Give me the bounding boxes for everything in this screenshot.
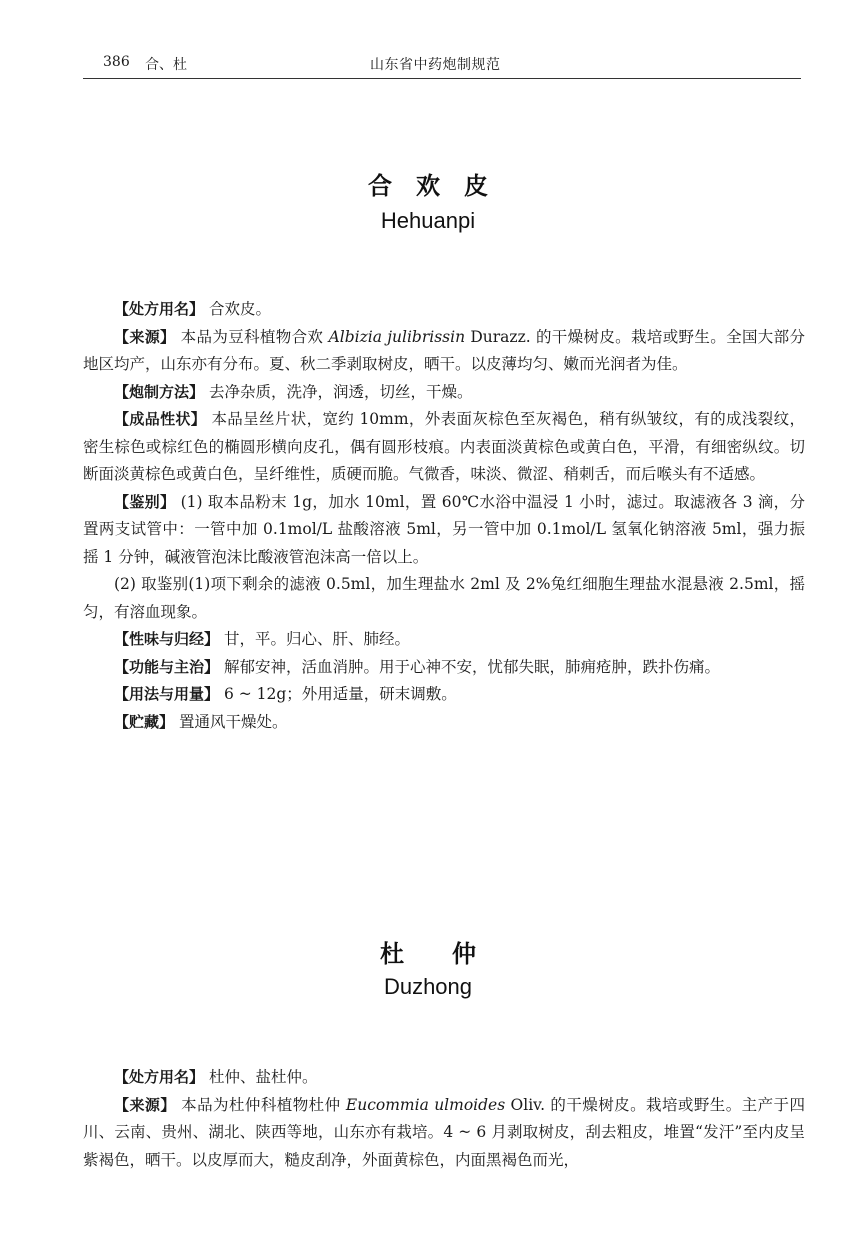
entry-pinyin-duzhong: Duzhong <box>0 974 856 1000</box>
entry-body-hehuanpi: 【处方用名】 合欢皮。 【来源】 本品为豆科植物合欢 Albizia julib… <box>83 296 805 736</box>
book-title: 山东省中药炮制规范 <box>370 54 501 74</box>
paragraph-source: 【来源】 本品为杜仲科植物杜仲 Eucommia ulmoides Oliv. … <box>83 1092 805 1175</box>
paragraph-functions: 【功能与主治】 解郁安神，活血消肿。用于心神不安，忧郁失眠，肺痈疮肿，跌扑伤痛。 <box>83 654 805 682</box>
entry-body-duzhong: 【处方用名】 杜仲、盐杜仲。 【来源】 本品为杜仲科植物杜仲 Eucommia … <box>83 1064 805 1174</box>
latin-name: Albizia julibrissin <box>329 328 466 346</box>
running-header: 386 合、杜 山东省中药炮制规范 <box>83 52 801 79</box>
paragraph-processing-method: 【炮制方法】 去净杂质，洗净，润透，切丝，干燥。 <box>83 379 805 407</box>
page-number: 386 <box>103 54 130 70</box>
paragraph-product-characteristics: 【成品性状】 本品呈丝片状，宽约 10mm，外表面灰棕色至灰褐色，稍有纵皱纹，有… <box>83 406 805 489</box>
paragraph-identification-2: (2) 取鉴别(1)项下剩余的滤液 0.5ml，加生理盐水 2ml 及 2%兔红… <box>83 571 805 626</box>
paragraph-identification-1: 【鉴别】 (1) 取本品粉末 1g，加水 10ml，置 60℃水浴中温浸 1 小… <box>83 489 805 572</box>
section-label: 合、杜 <box>145 54 187 74</box>
paragraph-source: 【来源】 本品为豆科植物合欢 Albizia julibrissin Duraz… <box>83 324 805 379</box>
paragraph-prescription-name: 【处方用名】 杜仲、盐杜仲。 <box>83 1064 805 1092</box>
latin-name: Eucommia ulmoides <box>346 1096 505 1114</box>
paragraph-prescription-name: 【处方用名】 合欢皮。 <box>83 296 805 324</box>
document-page: 386 合、杜 山东省中药炮制规范 合 欢 皮 Hehuanpi 【处方用名】 … <box>0 0 856 1239</box>
entry-title-duzhong: 杜 仲 <box>0 934 856 969</box>
entry-title-hehuanpi: 合 欢 皮 <box>0 166 856 201</box>
paragraph-storage: 【贮藏】 置通风干燥处。 <box>83 709 805 737</box>
paragraph-nature-meridian: 【性味与归经】 甘，平。归心、肝、肺经。 <box>83 626 805 654</box>
entry-pinyin-hehuanpi: Hehuanpi <box>0 208 856 234</box>
paragraph-dosage: 【用法与用量】 6 ~ 12g；外用适量，研末调敷。 <box>83 681 805 709</box>
